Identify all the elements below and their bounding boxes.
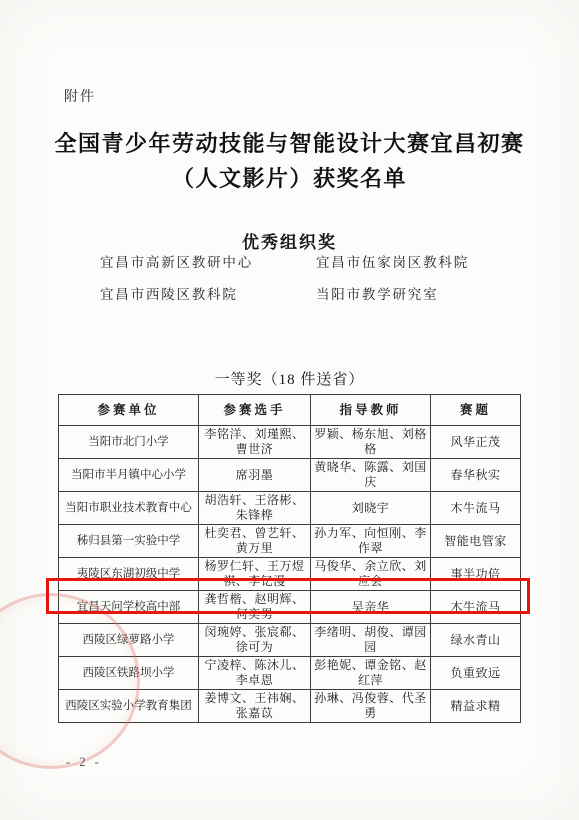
organization-item: 宜昌市高新区教研中心 [100, 253, 316, 272]
table-row-highlighted: 宜昌天问学校高中部 龚哲楷、赵明辉、何奕男 吴亲华 木牛流马 [59, 591, 521, 624]
cell-unit: 宜昌天问学校高中部 [59, 591, 199, 624]
table-row: 秭归县第一实验中学 杜奕君、曾艺轩、黄万里 孙力军、向恒刚、李作翠 智能电管家 [59, 525, 521, 558]
cell-unit: 夷陵区东湖初级中学 [59, 558, 199, 591]
cell-contestants: 杜奕君、曾艺轩、黄万里 [199, 525, 311, 558]
cell-contestants: 李铭洋、刘瑾熙、曹世济 [199, 426, 311, 459]
cell-topic: 事半功倍 [431, 558, 521, 591]
cell-teachers: 吴亲华 [311, 591, 431, 624]
organization-award-heading: 优秀组织奖 [0, 228, 579, 253]
cell-unit: 当阳市职业技术教育中心 [59, 492, 199, 525]
document-title: 全国青少年劳动技能与智能设计大赛宜昌初赛 （人文影片）获奖名单 [0, 126, 579, 196]
cell-teachers: 刘晓宇 [311, 492, 431, 525]
organization-award-list: 宜昌市高新区教研中心 宜昌市伍家岗区教科院 宜昌市西陵区教科院 当阳市教学研究室 [100, 253, 492, 304]
table-row: 当阳市半月镇中心小学 席羽墨 黄晓华、陈露、刘国庆 春华秋实 [59, 459, 521, 492]
table-header-row: 参赛单位 参赛选手 指导教师 赛题 [59, 395, 521, 426]
cell-topic: 木牛流马 [431, 591, 521, 624]
cell-topic: 风华正茂 [431, 426, 521, 459]
cell-unit: 秭归县第一实验中学 [59, 525, 199, 558]
page-number: - 2 - [66, 755, 102, 770]
header-topic: 赛题 [431, 395, 521, 426]
cell-teachers: 李绪明、胡俊、谭园园 [311, 624, 431, 657]
cell-teachers: 黄晓华、陈露、刘国庆 [311, 459, 431, 492]
cell-unit: 当阳市北门小学 [59, 426, 199, 459]
cell-topic: 精益求精 [431, 690, 521, 723]
cell-contestants: 闵琬婷、张宸郗、徐可为 [199, 624, 311, 657]
cell-topic: 木牛流马 [431, 492, 521, 525]
header-contestants: 参赛选手 [199, 395, 311, 426]
cell-topic: 春华秋实 [431, 459, 521, 492]
cell-topic: 智能电管家 [431, 525, 521, 558]
header-teachers: 指导教师 [311, 395, 431, 426]
cell-contestants: 龚哲楷、赵明辉、何奕男 [199, 591, 311, 624]
table-row: 夷陵区东湖初级中学 杨罗仁轩、王万煜祺、李钇漫 马俊华、余立欣、刘应会 事半功倍 [59, 558, 521, 591]
cell-unit: 西陵区铁路坝小学 [59, 657, 199, 690]
cell-contestants: 姜博文、王祎娴、张嘉苡 [199, 690, 311, 723]
award-table: 参赛单位 参赛选手 指导教师 赛题 当阳市北门小学 李铭洋、刘瑾熙、曹世济 罗颖… [58, 394, 521, 723]
cell-contestants: 席羽墨 [199, 459, 311, 492]
cell-unit: 西陵区绿萝路小学 [59, 624, 199, 657]
organization-item: 宜昌市伍家岗区教科院 [316, 253, 492, 272]
cell-contestants: 宁凌梓、陈沐儿、李卓恩 [199, 657, 311, 690]
first-prize-heading: 一等奖（18 件送省） [0, 368, 579, 389]
table-row: 西陵区实验小学教育集团 姜博文、王祎娴、张嘉苡 孙琳、冯俊蓉、代圣勇 精益求精 [59, 690, 521, 723]
cell-teachers: 马俊华、余立欣、刘应会 [311, 558, 431, 591]
header-unit: 参赛单位 [59, 395, 199, 426]
table-row: 当阳市职业技术教育中心 胡浩轩、王洛彬、朱锋桦 刘晓宇 木牛流马 [59, 492, 521, 525]
cell-teachers: 孙力军、向恒刚、李作翠 [311, 525, 431, 558]
document-title-line2: （人文影片）获奖名单 [0, 161, 579, 196]
document-title-line1: 全国青少年劳动技能与智能设计大赛宜昌初赛 [0, 126, 579, 161]
cell-contestants: 胡浩轩、王洛彬、朱锋桦 [199, 492, 311, 525]
organization-item: 宜昌市西陵区教科院 [100, 285, 316, 304]
cell-topic: 绿水青山 [431, 624, 521, 657]
cell-teachers: 罗颖、杨东旭、刘格格 [311, 426, 431, 459]
table-row: 西陵区绿萝路小学 闵琬婷、张宸郗、徐可为 李绪明、胡俊、谭园园 绿水青山 [59, 624, 521, 657]
table-row: 当阳市北门小学 李铭洋、刘瑾熙、曹世济 罗颖、杨东旭、刘格格 风华正茂 [59, 426, 521, 459]
cell-teachers: 彭艳妮、谭金铭、赵红萍 [311, 657, 431, 690]
cell-contestants: 杨罗仁轩、王万煜祺、李钇漫 [199, 558, 311, 591]
organization-item: 当阳市教学研究室 [316, 285, 492, 304]
cell-unit: 西陵区实验小学教育集团 [59, 690, 199, 723]
cell-teachers: 孙琳、冯俊蓉、代圣勇 [311, 690, 431, 723]
table-row: 西陵区铁路坝小学 宁凌梓、陈沐儿、李卓恩 彭艳妮、谭金铭、赵红萍 负重致远 [59, 657, 521, 690]
cell-unit: 当阳市半月镇中心小学 [59, 459, 199, 492]
cell-topic: 负重致远 [431, 657, 521, 690]
scanned-document-page: 附件 全国青少年劳动技能与智能设计大赛宜昌初赛 （人文影片）获奖名单 优秀组织奖… [0, 0, 579, 820]
attachment-label: 附件 [64, 86, 96, 106]
